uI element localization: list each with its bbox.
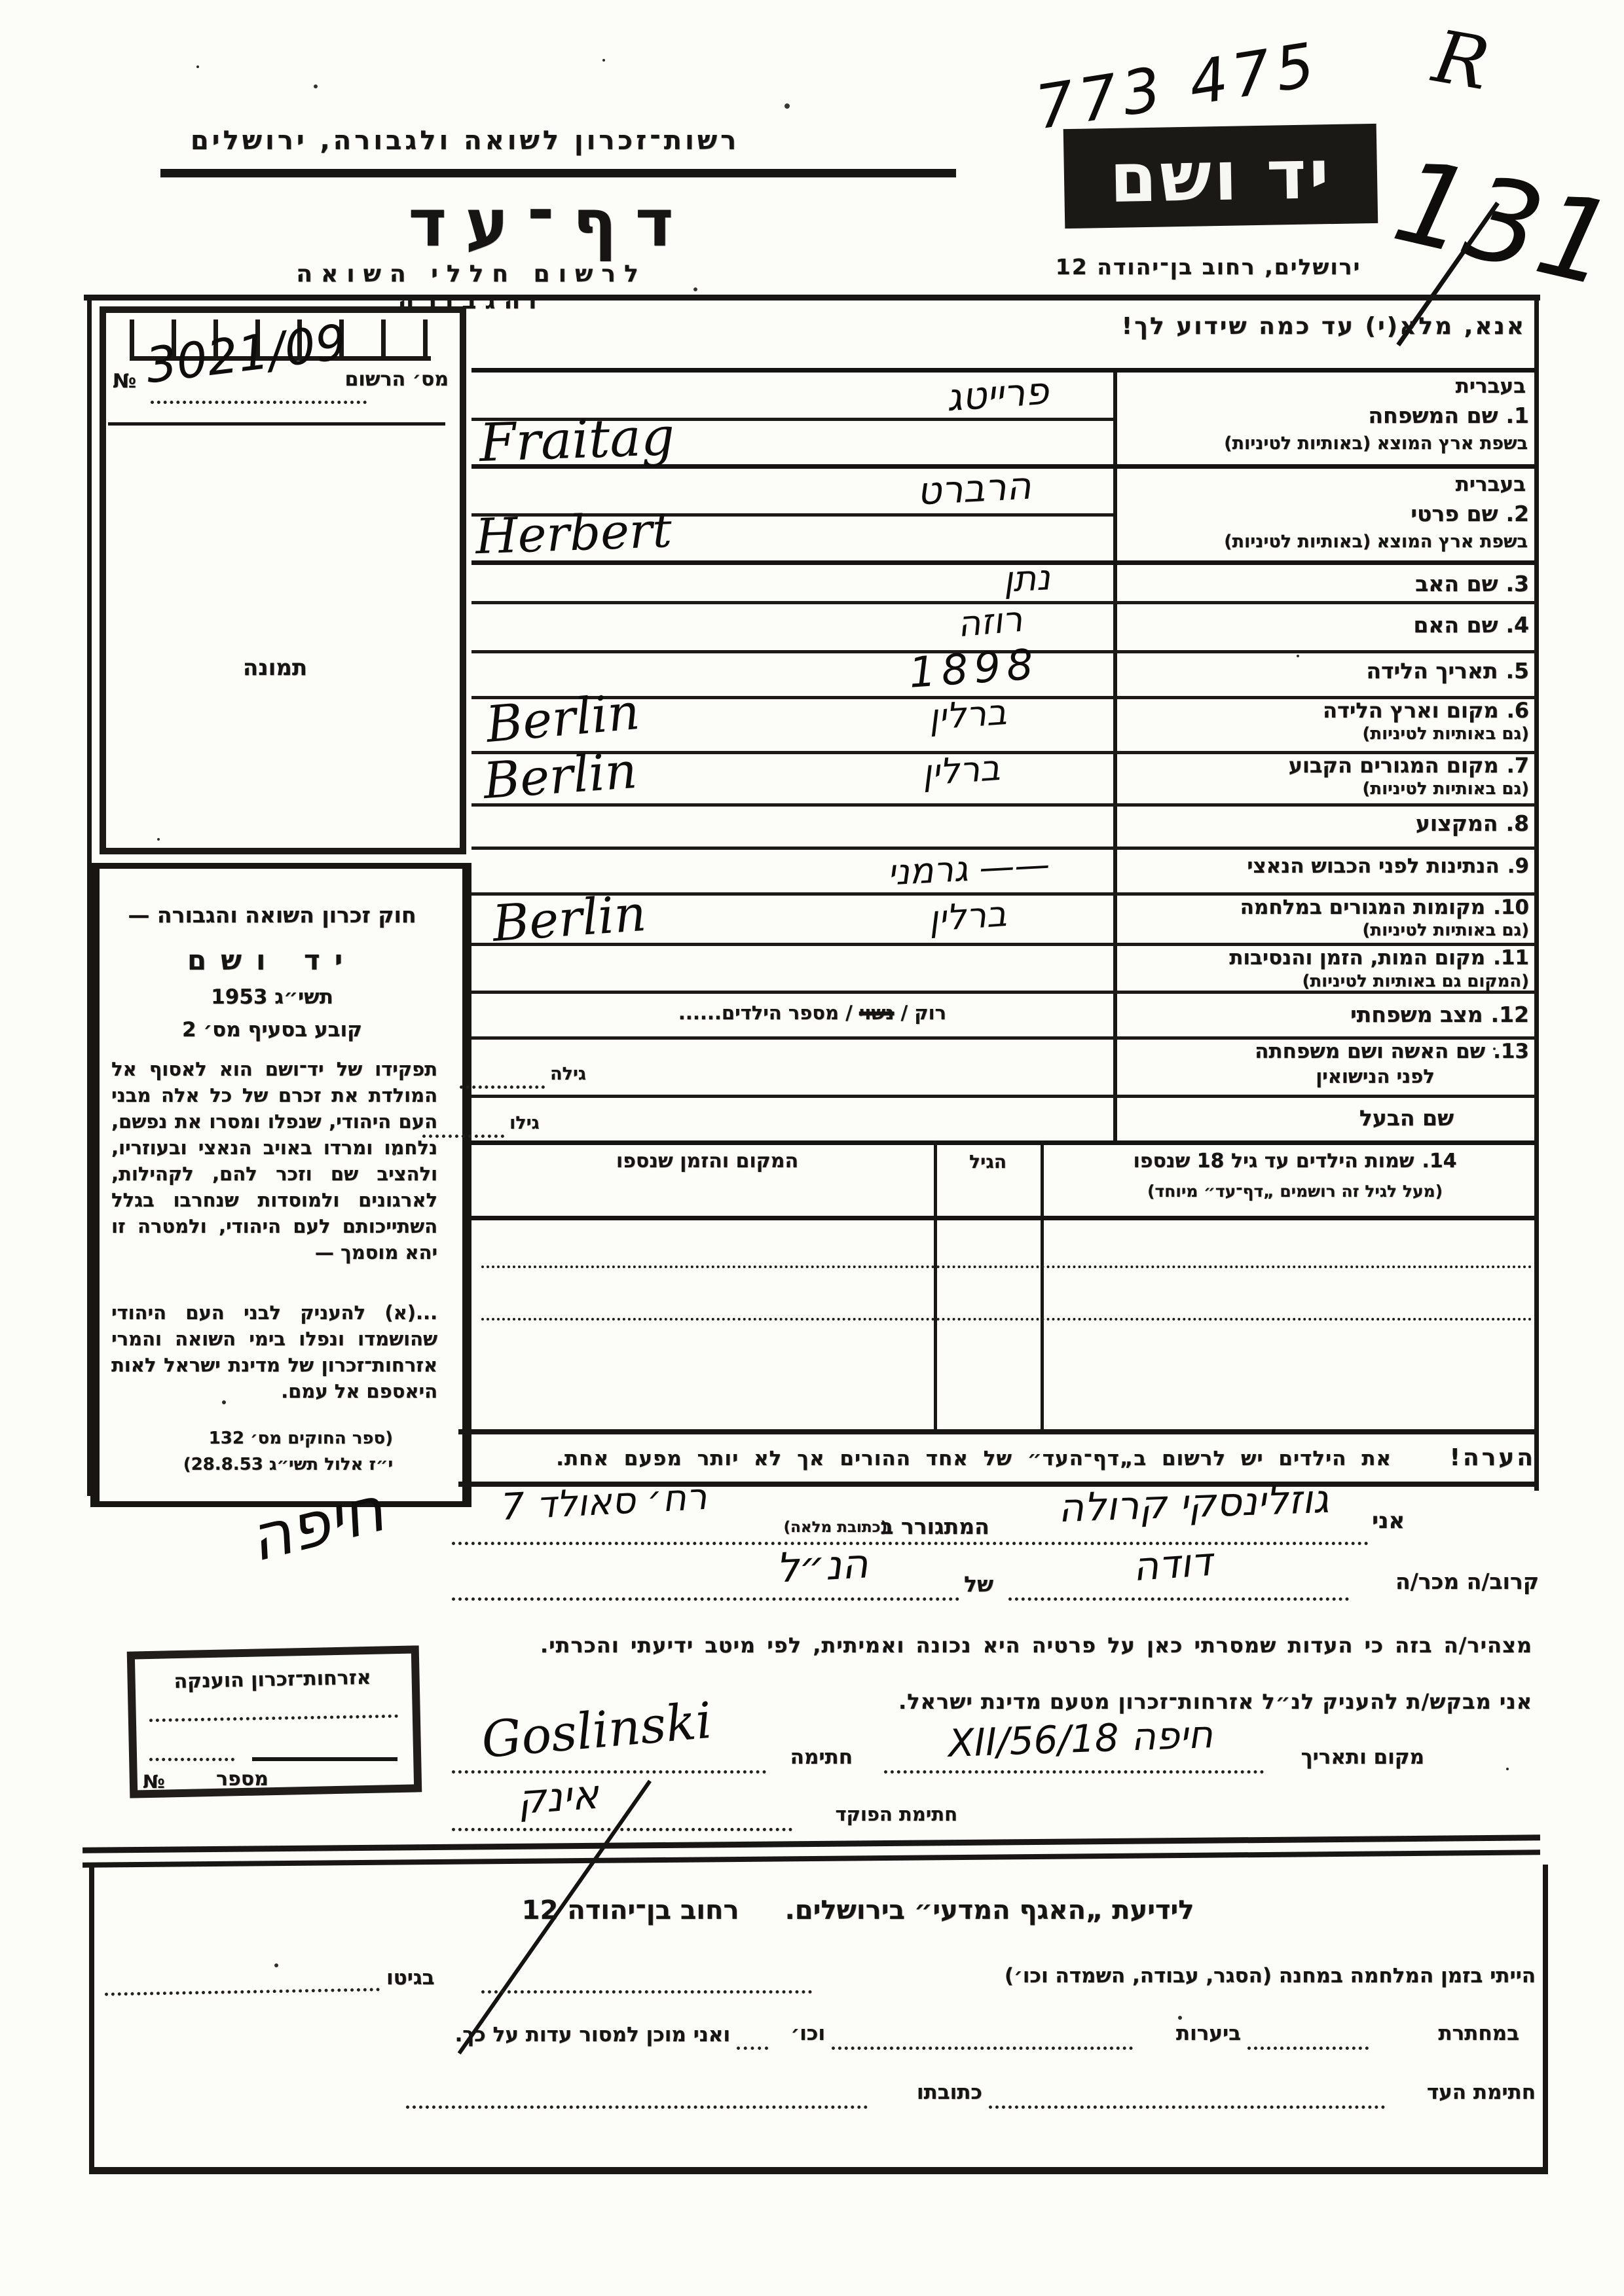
field-5-label: 5. תאריך הלידה xyxy=(1267,658,1529,683)
double-rule-1 xyxy=(83,1834,1540,1853)
declaration-statement: מצהיר/ה בזה כי העדות שמסרתי כאן על פרטיה… xyxy=(458,1633,1532,1658)
field-9-label: 9. הנתינות לפני הכבוש הנאצי xyxy=(1130,854,1529,878)
children-age-column-header: הגיל xyxy=(937,1151,1039,1173)
children-table-number: 14. xyxy=(1422,1150,1456,1173)
field-8-number: 8. xyxy=(1505,811,1529,836)
field-1-sub: בשפת ארץ המוצא (באותיות לטיניות) xyxy=(1130,433,1528,454)
field-12-label: 12. מצב משפחתי xyxy=(1300,1002,1529,1027)
field-2-above: בעברית xyxy=(1388,473,1526,496)
law-title: חוק זכרון השואה והגבורה — xyxy=(103,902,441,928)
declaration-address-hint: (כתובת מלאה) xyxy=(760,1519,887,1536)
hw-corner-flourish: R xyxy=(1428,14,1496,106)
top-rule xyxy=(84,295,1540,301)
row-sep-13 xyxy=(471,1095,1536,1098)
hw-mother-name: רוזה xyxy=(955,598,1024,645)
scan-specks xyxy=(196,65,199,68)
field-11-label: 11. מקום המות, הזמן והנסיבות xyxy=(1126,946,1529,970)
marital-option-single: רוק / xyxy=(901,1002,946,1024)
signature-dotted xyxy=(452,1770,766,1774)
law-reference-2: י״ז אלול תשי״ג 28.8.53) xyxy=(98,1455,393,1474)
registration-dotted-line xyxy=(151,401,367,404)
field-5-number: 5. xyxy=(1505,658,1529,683)
field-2-text: שם פרטי xyxy=(1411,501,1498,526)
note-label: הערה! xyxy=(1405,1444,1536,1471)
hw-residence-hebrew: ברלין xyxy=(921,747,1001,793)
field-13-text: שם האשה ושם משפחתה xyxy=(1255,1040,1485,1063)
field-2-number: 2. xyxy=(1505,501,1529,526)
field-12-text: מצב משפחתי xyxy=(1350,1002,1483,1027)
form-title: דף־עד xyxy=(357,185,743,261)
table-header-rule xyxy=(471,1216,1536,1220)
witness-signature-label: חתימת העד xyxy=(1392,2081,1536,2104)
hw-war-residence-hebrew: ברלין xyxy=(927,893,1008,939)
declaration-relative-label: קרוב/ה מכר/ה xyxy=(1352,1569,1539,1594)
registration-number-sign: № xyxy=(113,370,136,393)
field-2-label: 2. שם פרטי xyxy=(1283,501,1529,526)
field-11-text: מקום המות, הזמן והנסיבות xyxy=(1229,946,1485,970)
bottom-heading-main: לידיעת „האגף המדעי״ בירושלים. xyxy=(785,1895,1194,1925)
field-11-sub: (המקום גם באותיות לטיניות) xyxy=(1244,972,1529,991)
hw-family-name-latin: Fraitag xyxy=(478,406,675,473)
children-table-title-text: שמות הילדים עד גיל 18 שנספו xyxy=(1133,1150,1414,1173)
signature-label: חתימה xyxy=(774,1745,853,1769)
row-sep-husband xyxy=(471,1140,1536,1145)
field-4-text: שם האם xyxy=(1413,612,1498,638)
etc-dotted xyxy=(737,2047,768,2050)
husband-age-dotted xyxy=(422,1135,504,1138)
label-column-divider xyxy=(1113,368,1117,1140)
hw-birthplace-hebrew: ברלין xyxy=(927,691,1008,738)
field-9-number: 9. xyxy=(1507,854,1529,878)
field-1-label: 1. שם המשפחה xyxy=(1283,403,1529,428)
hw-first-name-hebrew: הרברט xyxy=(915,463,1032,513)
bottom-heading-address: רחוב בן־יהודה 12 xyxy=(522,1895,739,1925)
table-vertical-1 xyxy=(934,1140,937,1432)
witness-signature-dotted xyxy=(989,2105,1385,2109)
declaration-line-2-dotted-a xyxy=(1008,1597,1349,1601)
hw-birth-year: 1898 xyxy=(908,640,1041,698)
fill-instruction: אנא, מלא(י) עד כמה שידוע לך! xyxy=(1008,313,1526,340)
hw-first-name-latin: Herbert xyxy=(475,502,673,565)
marital-status-options: רוק / נשוי / מספר הילדים...... xyxy=(625,1002,946,1024)
authority-line: רשות־זכרון לשואה ולגבורה, ירושלים xyxy=(147,126,783,156)
field-7-number: 7. xyxy=(1507,753,1529,778)
law-name: יד ושם xyxy=(103,944,441,976)
clerk-signature-dotted xyxy=(452,1828,792,1831)
field-10-number: 10. xyxy=(1493,896,1529,919)
citizenship-number-sign: № xyxy=(143,1771,165,1793)
marital-option-married: נשוי xyxy=(859,1002,895,1024)
husband-age-label: גילו xyxy=(509,1113,540,1133)
field-7-sub: (גם באותיות לטיניות) xyxy=(1277,779,1529,799)
field-13-label2: לפני הנישואין xyxy=(1244,1065,1506,1087)
field-10-sub: (גם באותיות לטיניות) xyxy=(1277,920,1529,940)
note-band-top-rule xyxy=(458,1429,1538,1434)
table-row-dotted-1 xyxy=(481,1266,1532,1268)
wife-age-dotted xyxy=(460,1085,545,1089)
field-1-text: שם המשפחה xyxy=(1368,403,1498,428)
field-10-text: מקומות המגורים במלחמה xyxy=(1240,896,1485,919)
field-10-label: 10. מקומות המגורים במלחמה xyxy=(1153,896,1529,919)
children-place-column-header: המקום והזמן שנספו xyxy=(485,1150,930,1173)
field-8-label: 8. המקצוע xyxy=(1329,811,1529,836)
place-date-label: מקום ותאריך xyxy=(1270,1745,1424,1769)
hw-family-name-hebrew: פרייטג xyxy=(945,369,1050,420)
wife-age-label: גילה xyxy=(550,1064,586,1084)
field-6-label: 6. מקום וארץ הלידה xyxy=(1218,698,1529,723)
camps-dotted xyxy=(481,1990,812,1994)
bottom-heading: לידיעת „האגף המדעי״ בירושלים. רחוב בן־יה… xyxy=(458,1895,1257,1925)
law-reference-1: (ספר החוקים מס׳ 132 xyxy=(118,1429,393,1448)
hw-residence-latin: Berlin xyxy=(481,741,638,810)
field-2-sub: בשפת ארץ המוצא (באותיות לטיניות) xyxy=(1130,532,1528,552)
registration-solid-line xyxy=(108,422,445,426)
etc-label: וכו׳ xyxy=(773,2022,825,2045)
table-vertical-2 xyxy=(1041,1140,1044,1432)
field-4-number: 4. xyxy=(1505,612,1529,638)
field-6-number: 6. xyxy=(1507,698,1529,723)
yad-vashem-stamp-logo: יד ושם xyxy=(1063,124,1378,228)
witness-address-dotted xyxy=(406,2105,868,2109)
field-1-number: 1. xyxy=(1505,403,1529,428)
hw-place-date: חיפה 18/XII/56 xyxy=(893,1710,1268,1768)
field-3-number: 3. xyxy=(1505,571,1529,596)
note-text: את הילדים יש לרשום ב„דף־העד״ של אחד ההור… xyxy=(478,1447,1392,1470)
field-5-text: תאריך הלידה xyxy=(1366,658,1498,683)
husband-label: שם הבעל xyxy=(1277,1105,1454,1131)
citizenship-short-dotted xyxy=(149,1758,234,1761)
children-table-subtitle: (מעל לגיל זה רושמים „דף־עד״ מיוחד) xyxy=(1064,1182,1526,1201)
law-clause: קובע בסעיף מס׳ 2 xyxy=(103,1018,441,1042)
row-sep-7 xyxy=(471,803,1536,807)
underground-dotted xyxy=(1247,2047,1369,2050)
law-body: תפקידו של יד־ושם הוא לאסוף אל המולדת את … xyxy=(111,1056,437,1266)
field-9-text: הנתינות לפני הכבוש הנאצי xyxy=(1247,854,1499,878)
hw-signature-secondary: אינק xyxy=(516,1770,600,1823)
declaration-line-2-dotted-b xyxy=(452,1597,959,1601)
citizenship-number-label: מספר xyxy=(216,1768,268,1791)
photo-label: תמונה xyxy=(216,655,334,681)
hw-war-residence-latin: Berlin xyxy=(490,884,648,953)
hw-relative-kind: דודה xyxy=(1132,1539,1214,1590)
forests-dotted xyxy=(832,2047,1133,2050)
page-of-testimony-scan: רשות־זכרון לשואה ולגבורה, ירושלים דף־עד … xyxy=(0,0,1624,2296)
children-table-title: 14. שמות הילדים עד גיל 18 שנספו xyxy=(1061,1150,1529,1173)
field-7-label: 7. מקום המגורים הקבוע xyxy=(1189,753,1529,778)
bottom-camps-line: הייתי בזמן המלחמה במחנה (הסגר, עבודה, הש… xyxy=(822,1964,1536,1988)
citizenship-short-solid xyxy=(252,1757,397,1761)
declaration-of-label: של xyxy=(964,1571,993,1597)
forests-label: ביערות xyxy=(1143,2022,1241,2045)
field-8-text: המקצוע xyxy=(1416,811,1498,836)
authority-underline xyxy=(160,169,956,177)
field-7-text: מקום המגורים הקבוע xyxy=(1289,753,1499,778)
law-body-clause4: ...(א) להעניק לבני העם היהודי שהושמדו ונ… xyxy=(111,1300,437,1404)
field-13-number: 13. xyxy=(1493,1040,1529,1063)
field-3-label: 3. שם האב xyxy=(1323,571,1529,596)
marital-children-count: / מספר הילדים...... xyxy=(678,1002,853,1024)
office-address: ירושלים, רחוב בן־יהודה 12 xyxy=(1005,254,1411,280)
hw-page-number: 131 xyxy=(1382,134,1624,313)
field-13-label: 13. שם האשה ושם משפחתה xyxy=(1172,1040,1529,1063)
field-6-sub: (גם באותיות לטיניות) xyxy=(1277,724,1529,744)
ready-to-testify-text: ואני מוכן למסור עדות על כך. xyxy=(288,2023,730,2047)
field-4-label: 4. שם האם xyxy=(1323,612,1529,638)
declaration-i-label: אני xyxy=(1372,1508,1405,1534)
ghetto-label: בגיטו xyxy=(386,1966,435,1990)
law-year: תשי״ג 1953 xyxy=(103,985,441,1009)
underground-label: במחתרת xyxy=(1375,2022,1519,2045)
hw-relation-target: הנ״ל xyxy=(775,1539,869,1592)
hw-nationality: גרמני —— xyxy=(887,844,1051,894)
hw-father-name: נתן xyxy=(1002,556,1051,600)
field-1-above: בעברית xyxy=(1388,374,1526,398)
table-row-dotted-2 xyxy=(481,1318,1532,1321)
field-11-number: 11. xyxy=(1493,946,1529,970)
place-date-dotted xyxy=(884,1770,1264,1774)
clerk-signature-label: חתימת הפוקד xyxy=(800,1803,957,1825)
field-12-number: 12. xyxy=(1491,1002,1529,1027)
field-6-text: מקום וארץ הלידה xyxy=(1323,698,1499,723)
witness-address-label: כתובתו xyxy=(877,2081,982,2104)
declaration-line-1-dotted xyxy=(452,1542,1369,1545)
field-3-text: שם האב xyxy=(1415,571,1498,596)
